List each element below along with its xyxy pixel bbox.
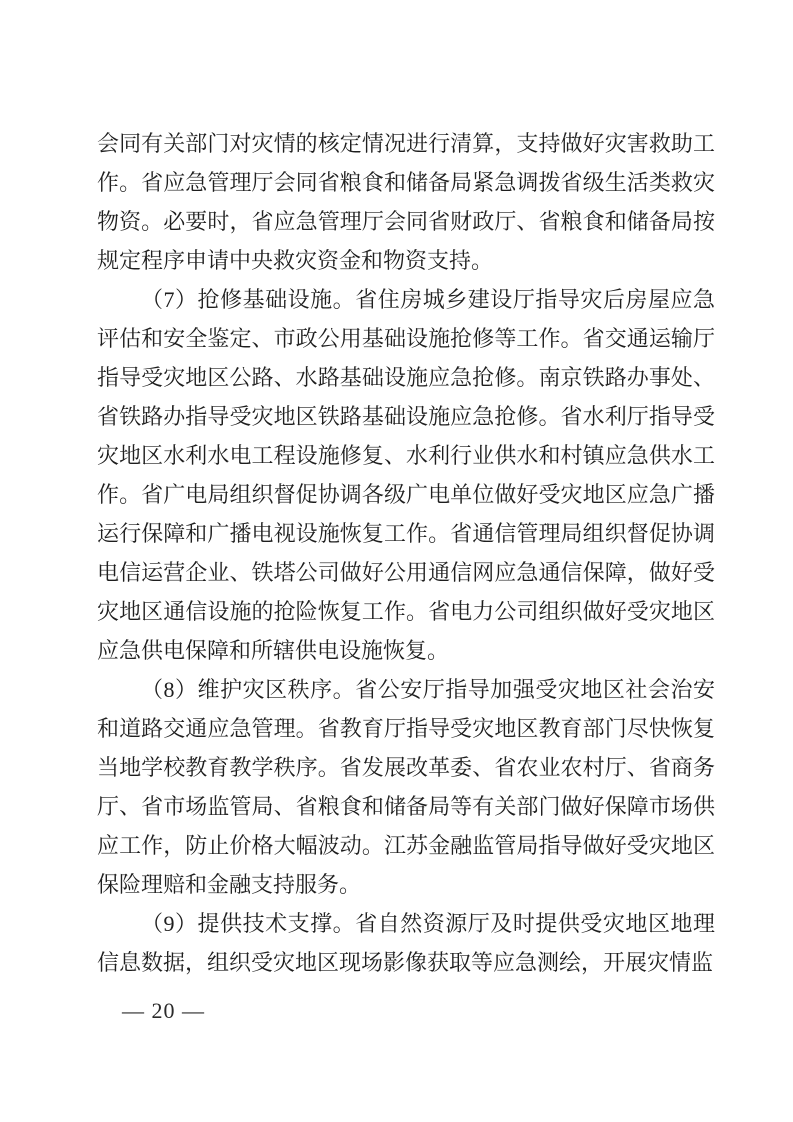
body-paragraph-item-7: （7）抢修基础设施。省住房城乡建设厅指导灾后房屋应急评估和安全鉴定、市政公用基础… <box>97 280 715 670</box>
body-paragraph-item-8: （8）维护灾区秩序。省公安厅指导加强受灾地区社会治安和道路交通应急管理。省教育厅… <box>97 670 715 904</box>
body-paragraph-continuation: 会同有关部门对灾情的核定情况进行清算，支持做好灾害救助工作。省应急管理厅会同省粮… <box>97 124 715 280</box>
body-paragraph-item-9: （9）提供技术支撑。省自然资源厅及时提供受灾地区地理信息数据，组织受灾地区现场影… <box>97 904 715 982</box>
text-block: 会同有关部门对灾情的核定情况进行清算，支持做好灾害救助工作。省应急管理厅会同省粮… <box>97 124 715 982</box>
page-number: — 20 — <box>122 998 205 1024</box>
document-page: 会同有关部门对灾情的核定情况进行清算，支持做好灾害救助工作。省应急管理厅会同省粮… <box>0 0 793 1122</box>
